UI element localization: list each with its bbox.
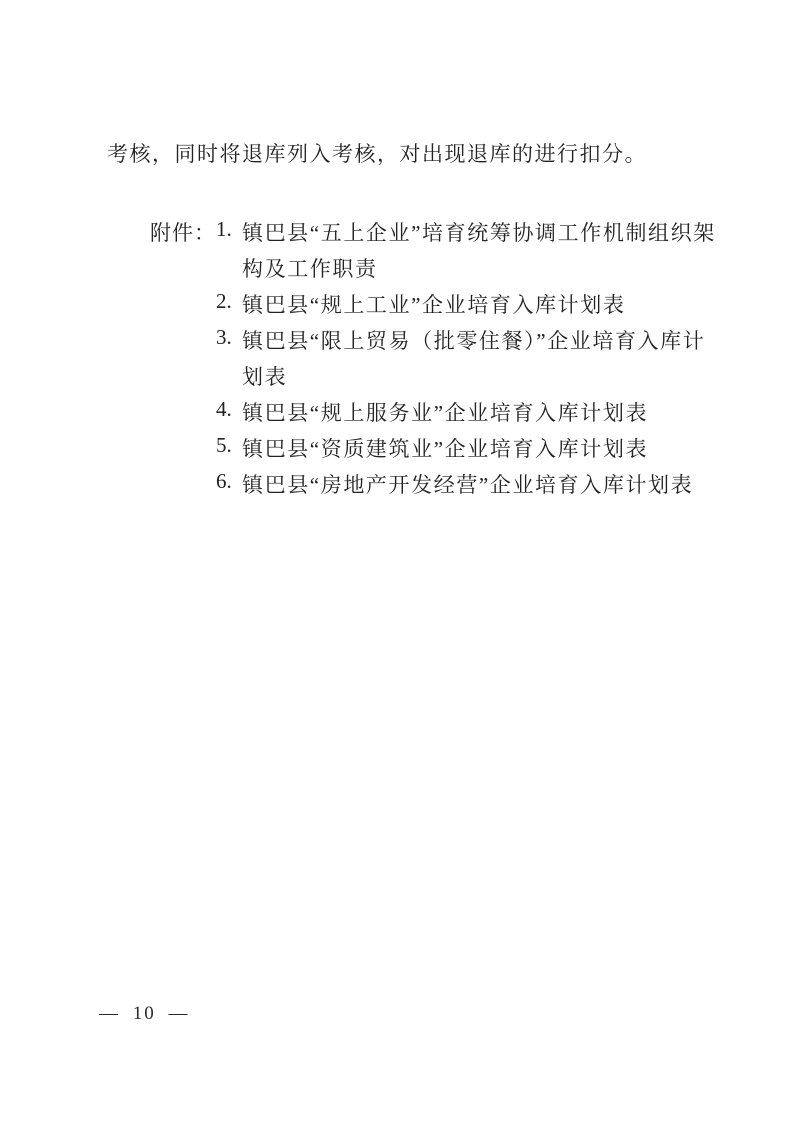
attachment-text-3-line1: 镇巴县“限上贸易（批零住餐）”企业培育入库计 xyxy=(242,325,705,355)
attachment-number-2: 2. xyxy=(216,289,242,314)
attachment-number-6: 6. xyxy=(216,469,242,494)
attachment-line-1a: 附件： 1. 镇巴县“五上企业”培育统筹协调工作机制组织架 xyxy=(150,217,716,253)
attachment-line-3a: 3. 镇巴县“限上贸易（批零住餐）”企业培育入库计 xyxy=(150,325,716,361)
page-number: — 10 — xyxy=(99,1003,190,1024)
page-footer: — 10 — xyxy=(99,1003,190,1025)
attachment-line-6: 6. 镇巴县“房地产开发经营”企业培育入库计划表 xyxy=(150,469,716,505)
attachment-text-1-line1: 镇巴县“五上企业”培育统筹协调工作机制组织架 xyxy=(242,217,716,247)
attachment-line-1b: 构及工作职责 xyxy=(150,253,716,289)
attachment-text-3-line2: 划表 xyxy=(242,361,287,391)
attachment-line-5: 5. 镇巴县“资质建筑业”企业培育入库计划表 xyxy=(150,433,716,469)
attachment-text-4: 镇巴县“规上服务业”企业培育入库计划表 xyxy=(242,397,648,427)
attachment-line-3b: 划表 xyxy=(150,361,716,397)
attachment-number-5: 5. xyxy=(216,433,242,458)
attachment-text-1-line2: 构及工作职责 xyxy=(242,253,378,283)
attachments-label: 附件： xyxy=(150,217,216,247)
attachment-text-2: 镇巴县“规上工业”企业培育入库计划表 xyxy=(242,289,625,319)
attachment-number-3: 3. xyxy=(216,325,242,350)
attachment-text-5: 镇巴县“资质建筑业”企业培育入库计划表 xyxy=(242,433,648,463)
attachment-number-4: 4. xyxy=(216,397,242,422)
paragraph-text: 考核，同时将退库列入考核，对出现退库的进行扣分。 xyxy=(107,138,647,168)
attachment-number-1: 1. xyxy=(216,217,242,242)
attachment-line-2: 2. 镇巴县“规上工业”企业培育入库计划表 xyxy=(150,289,716,325)
attachment-text-6: 镇巴县“房地产开发经营”企业培育入库计划表 xyxy=(242,469,693,499)
document-page: 考核，同时将退库列入考核，对出现退库的进行扣分。 附件： 1. 镇巴县“五上企业… xyxy=(0,0,793,1122)
attachment-line-4: 4. 镇巴县“规上服务业”企业培育入库计划表 xyxy=(150,397,716,433)
attachments-section: 附件： 1. 镇巴县“五上企业”培育统筹协调工作机制组织架 构及工作职责 2. … xyxy=(150,217,716,505)
